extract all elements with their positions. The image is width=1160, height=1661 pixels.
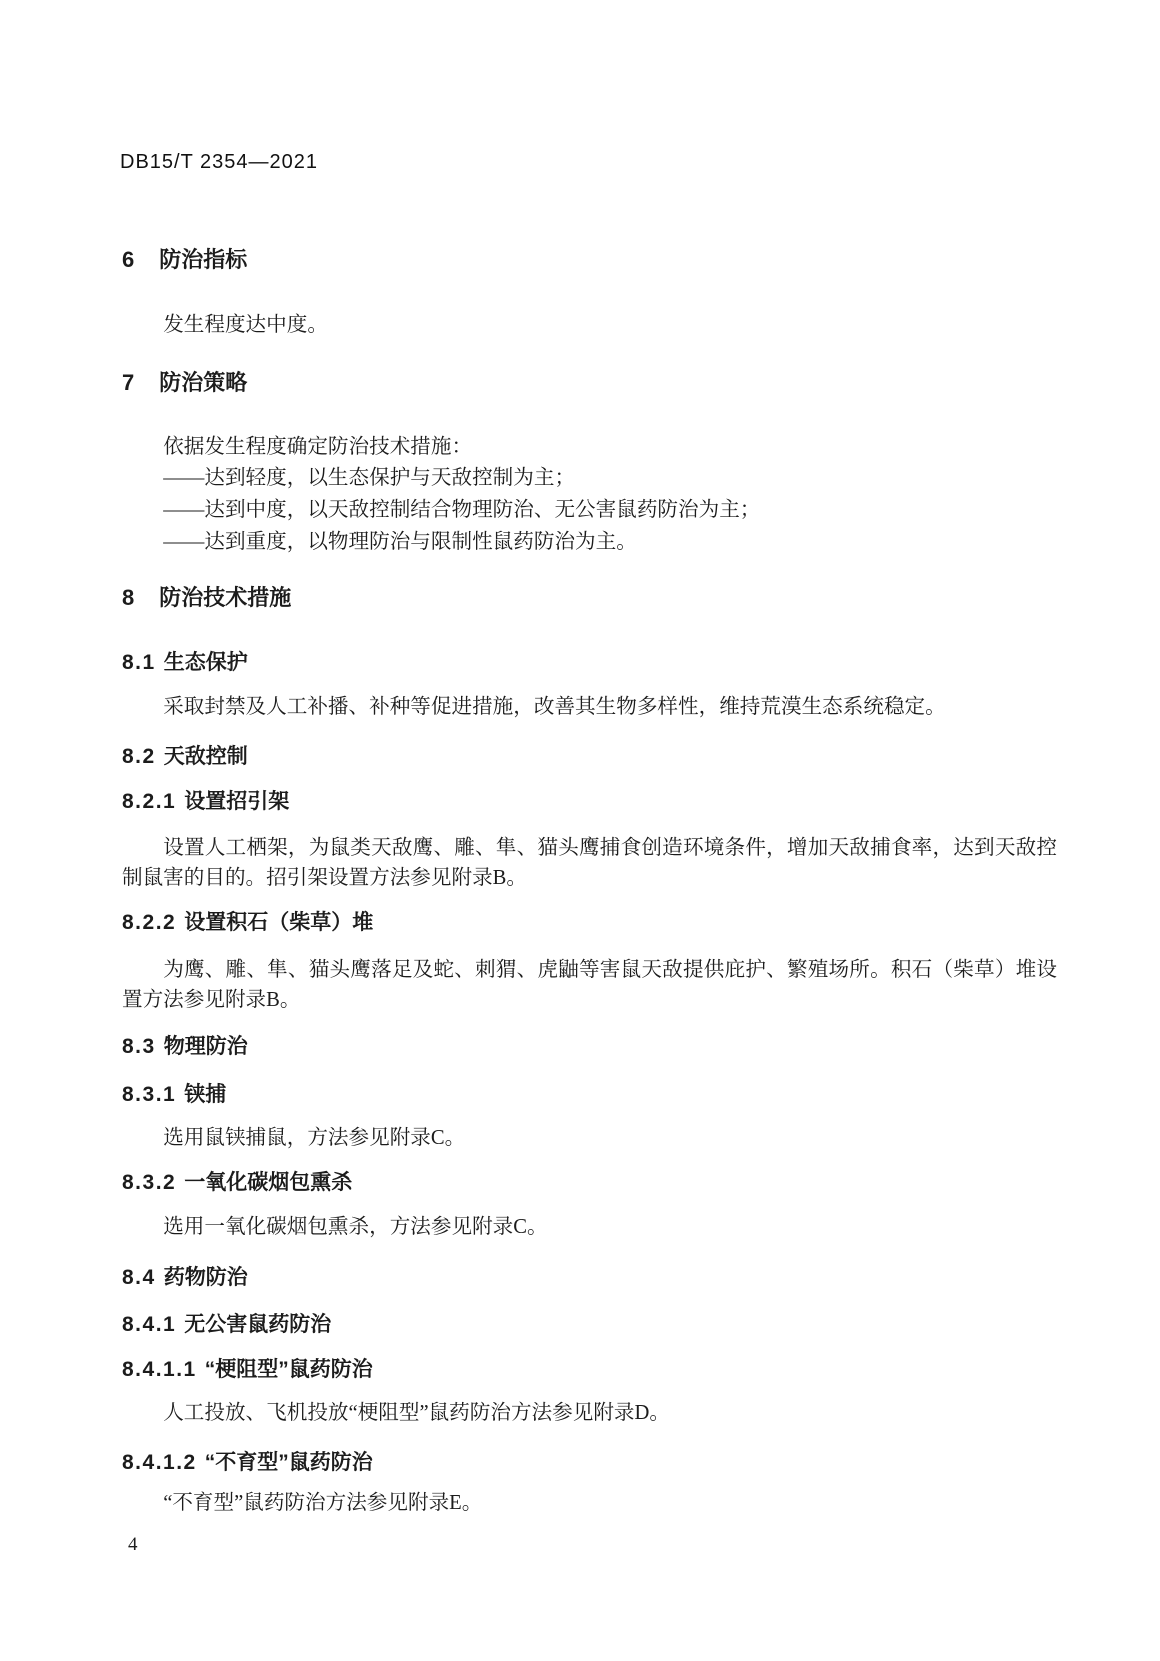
dash-item-medium-degree: ——达到中度，以天敌控制结合物理防治、无公害鼠药防治为主； bbox=[122, 495, 1057, 525]
paragraph-clause-7-intro: 依据发生程度确定防治技术措施： bbox=[122, 432, 1057, 462]
paragraph-clause-8-2-2-body: 为鹰、雕、隼、猫头鹰落足及蛇、刺猬、虎鼬等害鼠天敌提供庇护、繁殖场所。积石（柴草… bbox=[122, 955, 1057, 1015]
heading-clause-8-4-1: 8.4.1无公害鼠药防治 bbox=[122, 1310, 1057, 1340]
standard-document-page: DB15/T 2354—2021 6防治指标 发生程度达中度。 7防治策略 依据… bbox=[0, 0, 1160, 1661]
clause-title: “梗阻型”鼠药防治 bbox=[205, 1358, 373, 1381]
clause-number: 8.4.1.1 bbox=[122, 1358, 197, 1381]
heading-clause-8-1: 8.1生态保护 bbox=[122, 648, 1057, 678]
clause-title: 设置招引架 bbox=[184, 790, 289, 813]
clause-title: 防治技术措施 bbox=[159, 585, 291, 610]
dash-item-light-degree: ——达到轻度，以生态保护与天敌控制为主； bbox=[122, 463, 1057, 493]
heading-clause-8-2-1: 8.2.1设置招引架 bbox=[122, 787, 1057, 817]
clause-number: 8 bbox=[122, 585, 135, 610]
clause-number: 8.3 bbox=[122, 1035, 156, 1058]
clause-number: 8.1 bbox=[122, 651, 156, 674]
running-header-doc-code: DB15/T 2354—2021 bbox=[120, 150, 318, 174]
clause-title: 物理防治 bbox=[164, 1035, 248, 1058]
clause-number: 6 bbox=[122, 247, 135, 272]
clause-title: 天敌控制 bbox=[164, 745, 248, 768]
clause-number: 8.3.2 bbox=[122, 1171, 176, 1194]
heading-clause-8-2-2: 8.2.2设置积石（柴草）堆 bbox=[122, 908, 1057, 938]
heading-clause-7: 7防治策略 bbox=[122, 368, 1057, 398]
heading-clause-8-3: 8.3物理防治 bbox=[122, 1032, 1057, 1062]
heading-clause-8-4: 8.4药物防治 bbox=[122, 1263, 1057, 1293]
heading-clause-8-3-2: 8.3.2一氧化碳烟包熏杀 bbox=[122, 1168, 1057, 1198]
dash-item-heavy-degree: ——达到重度，以物理防治与限制性鼠药防治为主。 bbox=[122, 527, 1057, 557]
heading-clause-8-4-1-2: 8.4.1.2“不育型”鼠药防治 bbox=[122, 1448, 1057, 1478]
clause-number: 8.4.1 bbox=[122, 1313, 176, 1336]
paragraph-clause-6-body: 发生程度达中度。 bbox=[122, 310, 1057, 340]
clause-title: 无公害鼠药防治 bbox=[184, 1313, 331, 1336]
heading-clause-8-4-1-1: 8.4.1.1“梗阻型”鼠药防治 bbox=[122, 1355, 1057, 1385]
clause-number: 8.4.1.2 bbox=[122, 1451, 197, 1474]
page-number: 4 bbox=[128, 1533, 138, 1557]
clause-title: 铗捕 bbox=[184, 1083, 226, 1106]
clause-title: 一氧化碳烟包熏杀 bbox=[184, 1171, 352, 1194]
heading-clause-8: 8防治技术措施 bbox=[122, 583, 1057, 613]
clause-title: 防治策略 bbox=[159, 370, 247, 395]
clause-number: 8.2.1 bbox=[122, 790, 176, 813]
clause-number: 8.2.2 bbox=[122, 911, 176, 934]
clause-number: 8.2 bbox=[122, 745, 156, 768]
clause-title: 生态保护 bbox=[164, 651, 248, 674]
paragraph-clause-8-1-body: 采取封禁及人工补播、补种等促进措施，改善其生物多样性，维持荒漠生态系统稳定。 bbox=[122, 692, 1057, 722]
heading-clause-6: 6防治指标 bbox=[122, 245, 1057, 275]
clause-title: 设置积石（柴草）堆 bbox=[184, 911, 373, 934]
paragraph-clause-8-3-2-body: 选用一氧化碳烟包熏杀，方法参见附录C。 bbox=[122, 1212, 1057, 1242]
clause-number: 7 bbox=[122, 370, 135, 395]
clause-number: 8.4 bbox=[122, 1266, 156, 1289]
paragraph-clause-8-3-1-body: 选用鼠铗捕鼠，方法参见附录C。 bbox=[122, 1123, 1057, 1153]
heading-clause-8-3-1: 8.3.1铗捕 bbox=[122, 1080, 1057, 1110]
clause-title: “不育型”鼠药防治 bbox=[205, 1451, 373, 1474]
clause-title: 药物防治 bbox=[164, 1266, 248, 1289]
heading-clause-8-2: 8.2天敌控制 bbox=[122, 742, 1057, 772]
paragraph-clause-8-2-1-body: 设置人工栖架，为鼠类天敌鹰、雕、隼、猫头鹰捕食创造环境条件，增加天敌捕食率，达到… bbox=[122, 833, 1057, 893]
paragraph-clause-8-4-1-1-body: 人工投放、飞机投放“梗阻型”鼠药防治方法参见附录D。 bbox=[122, 1398, 1057, 1428]
clause-title: 防治指标 bbox=[159, 247, 247, 272]
paragraph-clause-8-4-1-2-body: “不育型”鼠药防治方法参见附录E。 bbox=[122, 1488, 1057, 1518]
clause-number: 8.3.1 bbox=[122, 1083, 176, 1106]
